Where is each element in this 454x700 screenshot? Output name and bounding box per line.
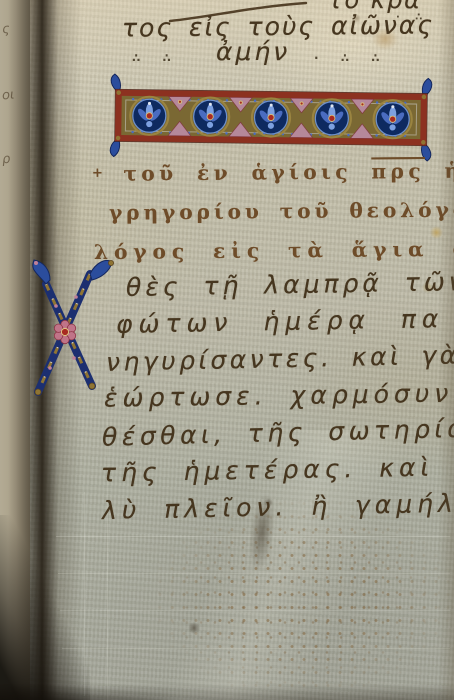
body-line: φώτων ἡμέρᾳ πα [116, 304, 445, 339]
body-line: ἑώρτωσε. χαρμόσυνα [104, 378, 454, 412]
body-line: τῆς ἡμετέρας. καὶ πο [101, 452, 454, 488]
title-line-1-text: τοῦ ἐν ἁγίοις [123, 160, 352, 186]
dot-ornament: · ∴ ∴ [314, 51, 389, 65]
nomen-sacrum-abbreviation: πρς [371, 159, 425, 183]
right-edge-shadow [438, 0, 454, 700]
initial-center-rosette [54, 320, 75, 343]
body-line: θὲς τῇ λαμπρᾷ τῶν [126, 267, 454, 302]
dot-ornament: ∴ ∴ [132, 51, 180, 65]
stain [188, 622, 200, 634]
decorated-initial-chi [26, 250, 118, 402]
ruling-line-vertical [107, 500, 108, 700]
dot-ornament: · ∴ [396, 12, 428, 23]
title-line-2: γρηγορίου τοῦ θεολόγου [109, 197, 454, 224]
title-line-1: + τοῦ ἐν ἁγίοις πρς ἡμῶν [92, 158, 454, 186]
amen-word: ἀμήν [216, 37, 290, 66]
cross-mark: + [92, 166, 104, 181]
ruling-line-vertical [84, 492, 85, 696]
illuminated-headpiece [105, 72, 436, 164]
title-line-3: λόγος εἰς τὰ ἅγια φῶτα: [94, 236, 454, 264]
manuscript-page-photo: ς οι ρ τὸ κρά τος εἰς τοὺς αἰῶνας · ∴ ∴ … [0, 0, 454, 700]
bottom-left-shadow [0, 515, 90, 700]
bottom-edge-shadow [0, 684, 454, 700]
